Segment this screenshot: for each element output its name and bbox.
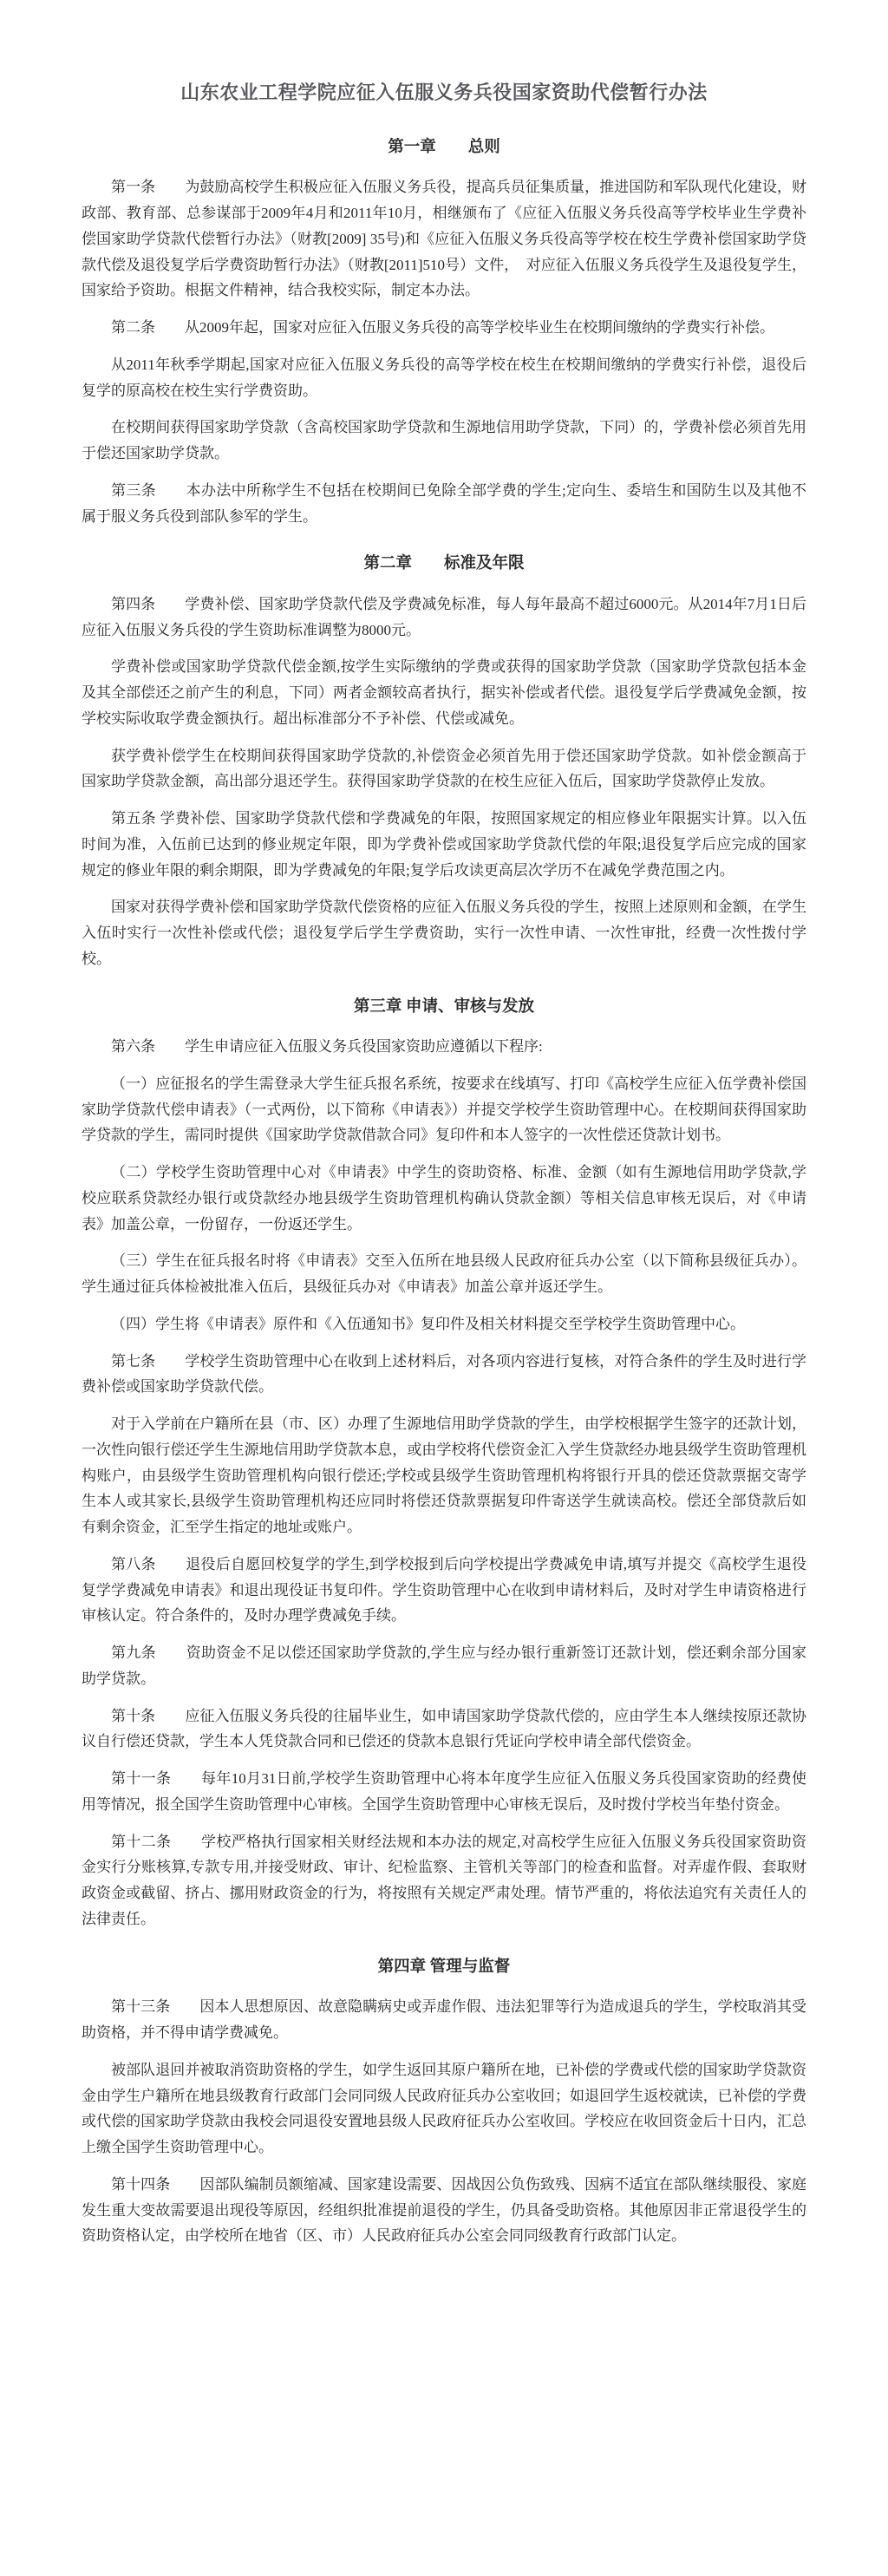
- paragraph-article-7: 第七条 学校学生资助管理中心在收到上述材料后，对各项内容进行复核，对符合条件的学…: [82, 1349, 806, 1401]
- paragraph: 从2011年秋季学期起,国家对应征入伍服义务兵役的高等学校在校生在校期间缴纳的学…: [82, 352, 806, 404]
- paragraph-article-3: 第三条 本办法中所称学生不包括在校期间已免除全部学费的学生;定向生、委培生和国防…: [82, 478, 806, 530]
- paragraph-article-8: 第八条 退役后自愿回校复学的学生,到学校报到后向学校提出学费减免申请,填写并提交…: [82, 1552, 806, 1629]
- paragraph-article-5: 第五条 学费补偿、国家助学贷款代偿和学费减免的年限，按照国家规定的相应修业年限据…: [82, 806, 806, 883]
- chapter-heading-1: 第一章 总则: [82, 135, 806, 161]
- chapter-heading-2: 第二章 标准及年限: [82, 552, 806, 578]
- paragraph-article-2: 第二条 从2009年起，国家对应征入伍服义务兵役的高等学校毕业生在校期间缴纳的学…: [82, 315, 806, 341]
- paragraph-article-14: 第十四条 因部队编制员额缩减、国家建设需要、因战因公负伤致残、因病不适宜在部队继…: [82, 2172, 806, 2249]
- paragraph-item-1: （一）应征报名的学生需登录大学生征兵报名系统，按要求在线填写、打印《高校学生应征…: [82, 1071, 806, 1148]
- paragraph-article-13: 第十三条 因本人思想原因、故意隐瞒病史或弄虚作假、违法犯罪等行为造成退兵的学生，…: [82, 1994, 806, 2046]
- chapter-heading-3: 第三章 申请、审核与发放: [82, 995, 806, 1021]
- paragraph-item-3: （三）学生在征兵报名时将《申请表》交至入伍所在地县级人民政府征兵办公室（以下简称…: [82, 1248, 806, 1300]
- chapter-heading-4: 第四章 管理与监督: [82, 1955, 806, 1981]
- paragraph: 获学费补偿学生在校期间获得国家助学贷款的,补偿资金必须首先用于偿还国家助学贷款。…: [82, 743, 806, 795]
- paragraph: 在校期间获得国家助学贷款（含高校国家助学贷款和生源地信用助学贷款，下同）的，学费…: [82, 415, 806, 467]
- paragraph-item-2: （二）学校学生资助管理中心对《申请表》中学生的资助资格、标准、金额（如有生源地信…: [82, 1160, 806, 1237]
- paragraph: 学费补偿或国家助学贷款代偿金额,按学生实际缴纳的学费或获得的国家助学贷款（国家助…: [82, 654, 806, 731]
- paragraph-article-1: 第一条 为鼓励高校学生积极应征入伍服义务兵役，提高兵员征集质量，推进国防和军队现…: [82, 174, 806, 304]
- paragraph-article-4: 第四条 学费补偿、国家助学贷款代偿及学费减免标准，每人每年最高不超过6000元。…: [82, 592, 806, 644]
- paragraph: 国家对获得学费补偿和国家助学贷款代偿资格的应征入伍服义务兵役的学生，按照上述原则…: [82, 894, 806, 971]
- paragraph-article-12: 第十二条 学校严格执行国家相关财经法规和本办法的规定,对高校学生应征入伍服义务兵…: [82, 1829, 806, 1932]
- paragraph-article-10: 第十条 应征入伍服义务兵役的往届毕业生，如申请国家助学贷款代偿的，应由学生本人继…: [82, 1703, 806, 1755]
- paragraph-article-6: 第六条 学生申请应征入伍服义务兵役国家资助应遵循以下程序:: [82, 1034, 806, 1060]
- document-page: 山东农业工程学院应征入伍服义务兵役国家资助代偿暂行办法 第一章 总则 第一条 为…: [82, 0, 806, 2338]
- paragraph-item-4: （四）学生将《申请表》原件和《入伍通知书》复印件及相关材料提交至学校学生资助管理…: [82, 1311, 806, 1337]
- paragraph-article-11: 第十一条 每年10月31日前,学校学生资助管理中心将本年度学生应征入伍服义务兵役…: [82, 1766, 806, 1818]
- paragraph: 被部队退回并被取消资助资格的学生，如学生返回其原户籍所在地，已补偿的学费或代偿的…: [82, 2057, 806, 2161]
- paragraph: 对于入学前在户籍所在县（市、区）办理了生源地信用助学贷款的学生，由学校根据学生签…: [82, 1411, 806, 1540]
- paragraph-article-9: 第九条 资助资金不足以偿还国家助学贷款的,学生应与经办银行重新签订还款计划，偿还…: [82, 1640, 806, 1692]
- document-title: 山东农业工程学院应征入伍服义务兵役国家资助代偿暂行办法: [82, 80, 806, 106]
